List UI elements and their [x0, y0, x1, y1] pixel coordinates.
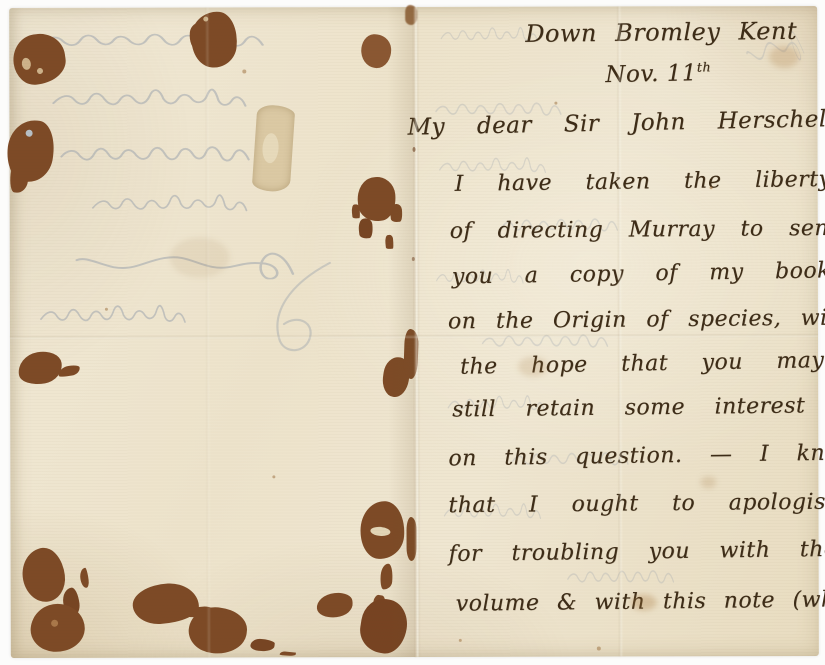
paper-speck — [412, 257, 415, 261]
body-line: of directing Murray to send — [450, 216, 825, 244]
body-line: for troubling you with the — [448, 537, 825, 567]
fold-shadow — [387, 7, 415, 657]
ink-blot — [4, 117, 57, 184]
paper-speck — [554, 102, 557, 105]
date-suffix: th — [697, 59, 712, 74]
foxing-spot — [631, 594, 657, 610]
fold-crease-center — [413, 7, 420, 657]
ink-blot — [188, 9, 239, 69]
body-line: the hope that you may — [460, 348, 825, 380]
paper-speck — [413, 147, 416, 152]
bleedthrough-script — [49, 83, 249, 116]
body-line: that I ought to apologise — [448, 490, 825, 519]
letter-scan: Down Bromley Kent Nov. 11th My dear Sir … — [0, 0, 825, 665]
paper-speck — [242, 69, 246, 73]
body-line: you a copy of my book — [452, 258, 825, 289]
ink-blot — [316, 592, 354, 619]
foxing-spot — [700, 476, 716, 488]
foxing-spot — [170, 237, 230, 277]
paper-speck — [272, 475, 275, 478]
body-line: on the Origin of species, with — [448, 305, 825, 334]
foxing-spot — [769, 46, 799, 68]
bleedthrough-script — [57, 137, 252, 172]
ink-blot — [29, 602, 86, 654]
heading-place: Down Bromley Kent — [525, 17, 797, 48]
body-line: I have taken the liberty — [454, 167, 825, 197]
repair-patch — [252, 104, 296, 192]
bleedthrough-script — [38, 300, 188, 332]
ink-blot — [19, 546, 67, 605]
bleedthrough-flourish — [210, 255, 340, 360]
letter-paper: Down Bromley Kent Nov. 11th My dear Sir … — [9, 6, 819, 658]
bleedthrough-script — [90, 189, 250, 219]
paper-speck — [105, 308, 108, 311]
ink-blot — [132, 582, 200, 626]
foxing-spot — [518, 357, 548, 377]
ink-blot — [16, 348, 65, 387]
paper-speck — [459, 639, 462, 642]
body-line: on this question. — I know — [448, 440, 825, 471]
body-line: still retain some interest — [452, 393, 805, 422]
paper-speck — [597, 647, 601, 651]
crease-vertical-right — [617, 6, 623, 656]
paper-speck — [710, 186, 713, 189]
